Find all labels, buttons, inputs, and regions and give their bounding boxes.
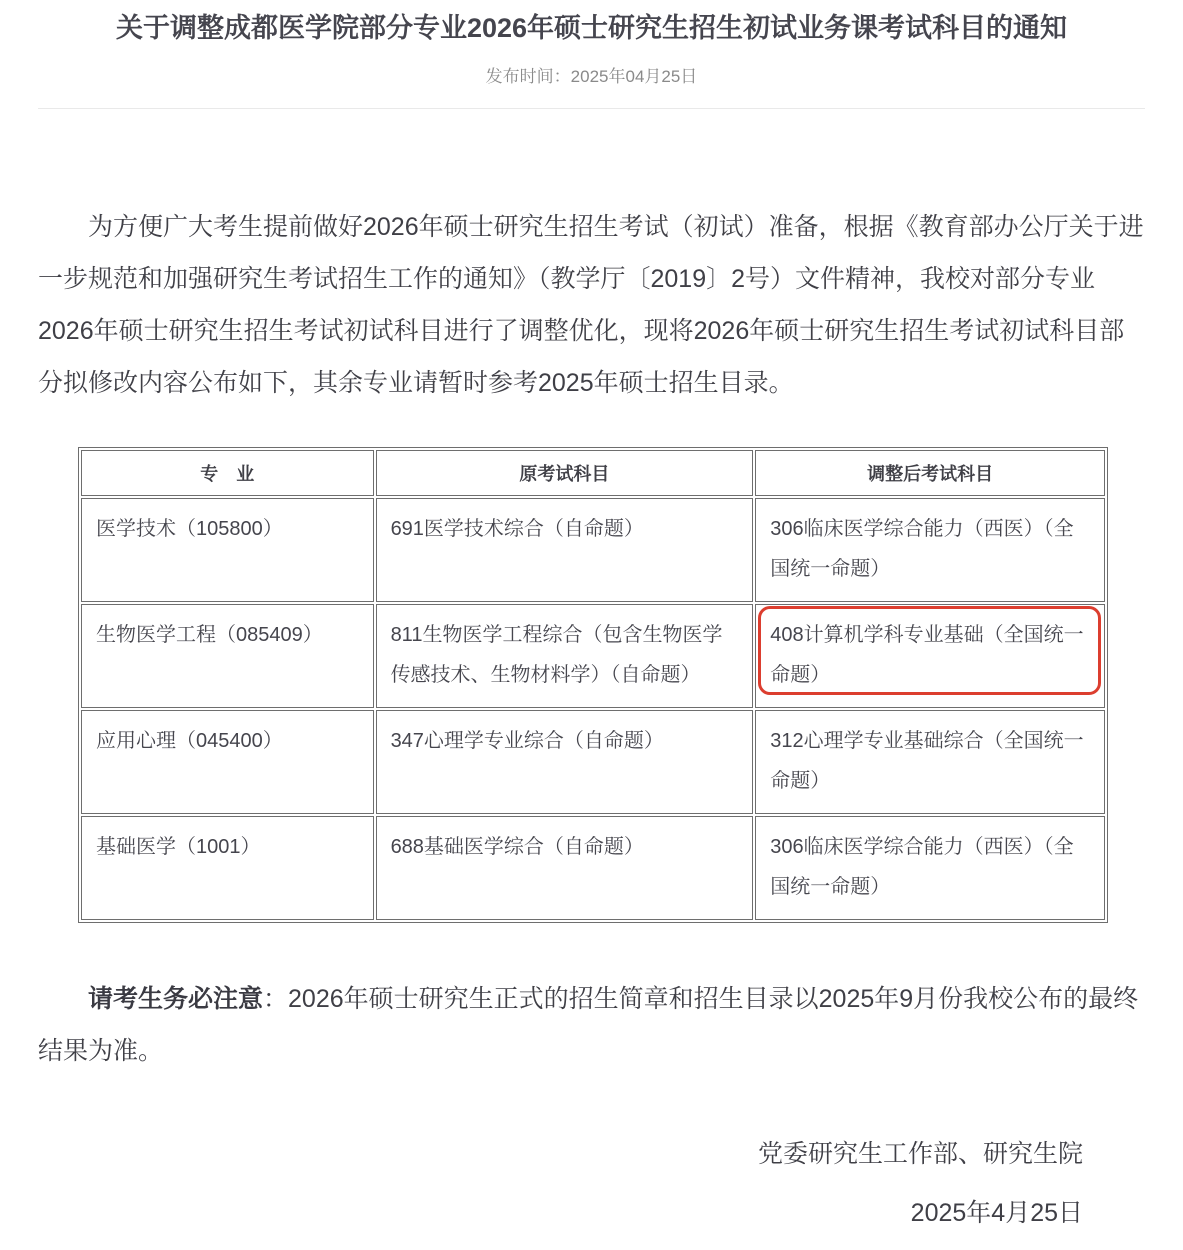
- table-row-biomedical-engineering: 生物医学工程（085409） 811生物医学工程综合（包含生物医学传感技术、生物…: [81, 604, 1105, 708]
- original-subject-cell: 688基础医学综合（自命题）: [376, 816, 754, 920]
- publish-date: 发布时间：2025年04月25日: [38, 62, 1145, 87]
- signature-date: 2025年4月25日: [38, 1196, 1083, 1230]
- adjusted-subject-cell: 306临床医学综合能力（西医）（全国统一命题）: [755, 498, 1105, 602]
- page-title: 关于调整成都医学院部分专业2026年硕士研究生招生初试业务课考试科目的通知: [38, 0, 1145, 46]
- adjusted-subject-cell: 312心理学专业基础综合（全国统一命题）: [755, 710, 1105, 814]
- major-cell: 医学技术（105800）: [81, 498, 374, 602]
- original-subject-cell: 811生物医学工程综合（包含生物医学传感技术、生物材料学）（自命题）: [376, 604, 754, 708]
- major-cell: 基础医学（1001）: [81, 816, 374, 920]
- table-row-applied-psychology: 应用心理（045400） 347心理学专业综合（自命题） 312心理学专业基础综…: [81, 710, 1105, 814]
- signature-block: 党委研究生工作部、研究生院 2025年4月25日: [38, 1137, 1145, 1230]
- table-row-basic-medicine: 基础医学（1001） 688基础医学综合（自命题） 306临床医学综合能力（西医…: [81, 816, 1105, 920]
- original-subject-cell: 691医学技术综合（自命题）: [376, 498, 754, 602]
- intro-paragraph: 为方便广大考生提前做好2026年硕士研究生招生考试（初试）准备，根据《教育部办公…: [38, 201, 1145, 409]
- column-header-original-subject: 原考试科目: [376, 450, 754, 496]
- column-header-major: 专 业: [81, 450, 374, 496]
- notice-page: 关于调整成都医学院部分专业2026年硕士研究生招生初试业务课考试科目的通知 发布…: [0, 0, 1183, 1250]
- major-cell: 应用心理（045400）: [81, 710, 374, 814]
- adjusted-subject-cell-highlighted: 408计算机学科专业基础（全国统一命题）: [755, 604, 1105, 708]
- note-paragraph: 请考生务必注意：2026年硕士研究生正式的招生简章和招生目录以2025年9月份我…: [38, 973, 1145, 1077]
- adjusted-subject-cell: 306临床医学综合能力（西医）（全国统一命题）: [755, 816, 1105, 920]
- adjusted-subject-text: 408计算机学科专业基础（全国统一命题）: [770, 624, 1083, 686]
- column-header-adjusted-subject: 调整后考试科目: [755, 450, 1105, 496]
- signature-department: 党委研究生工作部、研究生院: [38, 1137, 1083, 1171]
- table-header-row: 专 业 原考试科目 调整后考试科目: [81, 450, 1105, 496]
- header-divider: [38, 108, 1145, 109]
- major-cell: 生物医学工程（085409）: [81, 604, 374, 708]
- exam-subjects-table: 专 业 原考试科目 调整后考试科目 医学技术（105800） 691医学技术综合…: [78, 447, 1108, 923]
- original-subject-cell: 347心理学专业综合（自命题）: [376, 710, 754, 814]
- table-row-medical-technology: 医学技术（105800） 691医学技术综合（自命题） 306临床医学综合能力（…: [81, 498, 1105, 602]
- note-emphasis: 请考生务必注意: [88, 985, 263, 1013]
